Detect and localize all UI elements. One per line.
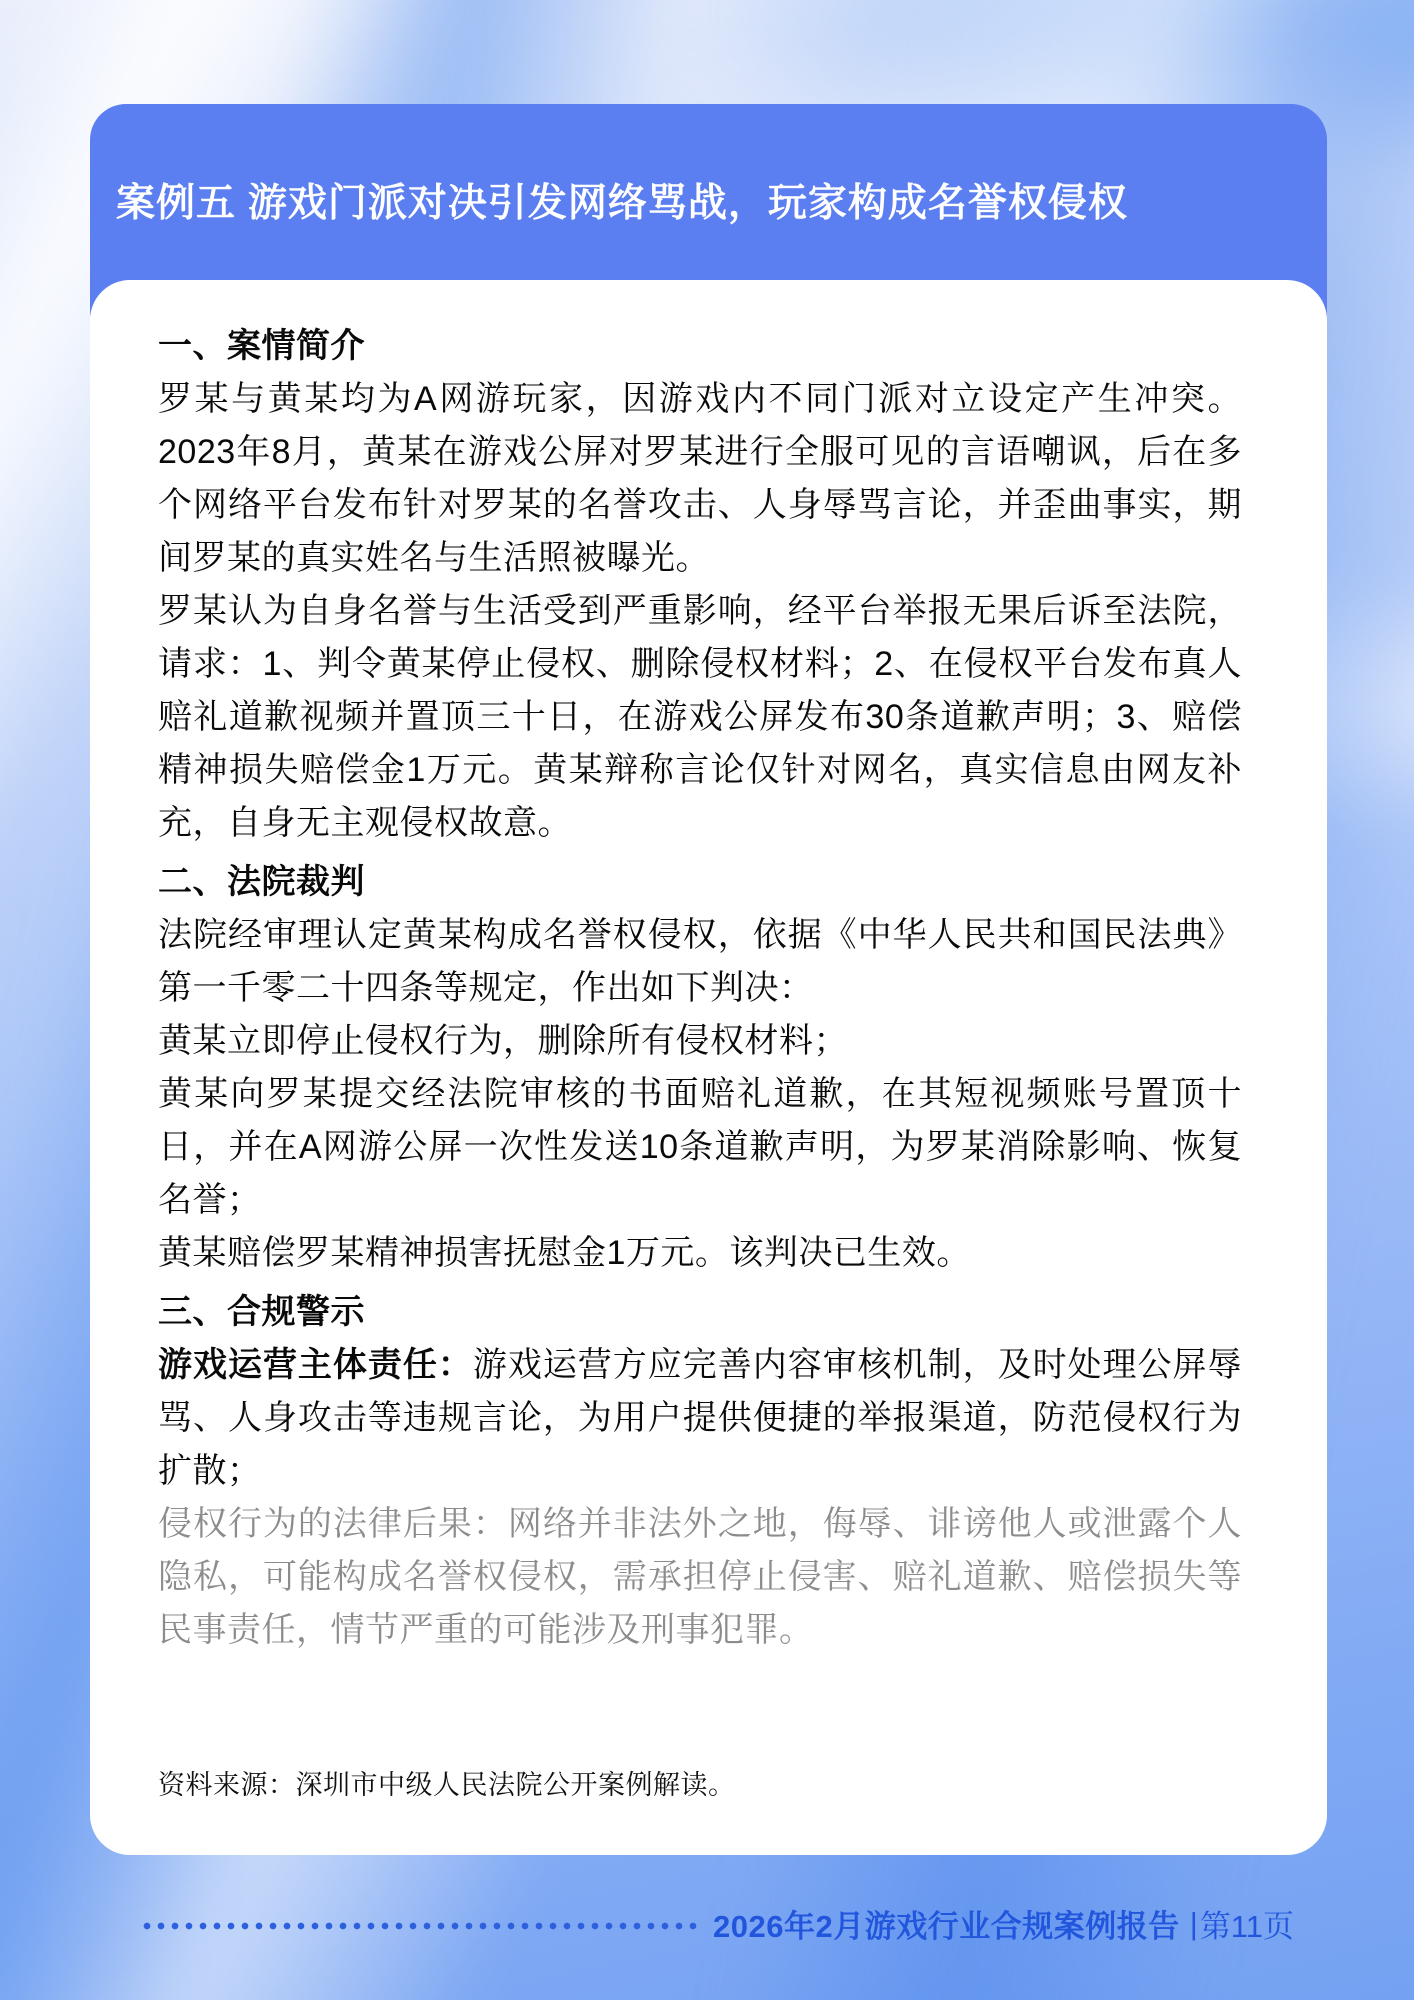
compliance-warning-paragraph-2: 侵权行为的法律后果：网络并非法外之地，侮辱、诽谤他人或泄露个人隐私，可能构成名誉…	[158, 1498, 1242, 1657]
court-ruling-paragraph-1: 法院经审理认定黄某构成名誉权侵权，依据《中华人民共和国民法典》第一千零二十四条等…	[158, 909, 1242, 1015]
operator-responsibility-label: 游戏运营主体责任：	[158, 1346, 473, 1384]
source-note: 资料来源：深圳市中级人民法院公开案例解读。	[158, 1765, 1242, 1805]
case-summary-paragraph-1: 罗某与黄某均为A网游玩家，因游戏内不同门派对立设定产生冲突。2023年8月，黄某…	[158, 373, 1242, 585]
page-number: |第11页	[1190, 1901, 1294, 1946]
case-title: 案例五 游戏门派对决引发网络骂战，玩家构成名誉权侵权	[116, 172, 1128, 228]
report-page: 案例五 游戏门派对决引发网络骂战，玩家构成名誉权侵权 一、案情简介 罗某与黄某均…	[0, 0, 1414, 2000]
section-heading-compliance-warning: 三、合规警示	[158, 1286, 1242, 1339]
separator-bar: |	[1190, 1906, 1198, 1942]
compliance-warning-paragraph-1: 游戏运营主体责任：游戏运营方应完善内容审核机制，及时处理公屏辱骂、人身攻击等违规…	[158, 1339, 1242, 1498]
section-heading-court-ruling: 二、法院裁判	[158, 856, 1242, 909]
court-ruling-paragraph-3: 黄某向罗某提交经法院审核的书面赔礼道歉，在其短视频账号置顶十日，并在A网游公屏一…	[158, 1068, 1242, 1227]
page-number-label: 第11页	[1200, 1901, 1294, 1946]
footer-text: 2026年2月游戏行业合规案例报告 |第11页	[713, 1901, 1294, 1946]
page-footer: 2026年2月游戏行业合规案例报告 |第11页	[143, 1901, 1294, 1946]
dotted-line	[143, 1922, 701, 1930]
court-ruling-paragraph-4: 黄某赔偿罗某精神损害抚慰金1万元。该判决已生效。	[158, 1227, 1242, 1280]
court-ruling-paragraph-2: 黄某立即停止侵权行为，删除所有侵权材料；	[158, 1015, 1242, 1068]
content-card: 一、案情简介 罗某与黄某均为A网游玩家，因游戏内不同门派对立设定产生冲突。202…	[90, 280, 1327, 1855]
section-heading-case-summary: 一、案情简介	[158, 320, 1242, 373]
case-summary-paragraph-2: 罗某认为自身名誉与生活受到严重影响，经平台举报无果后诉至法院，请求：1、判令黄某…	[158, 585, 1242, 850]
report-title: 2026年2月游戏行业合规案例报告	[713, 1901, 1180, 1946]
